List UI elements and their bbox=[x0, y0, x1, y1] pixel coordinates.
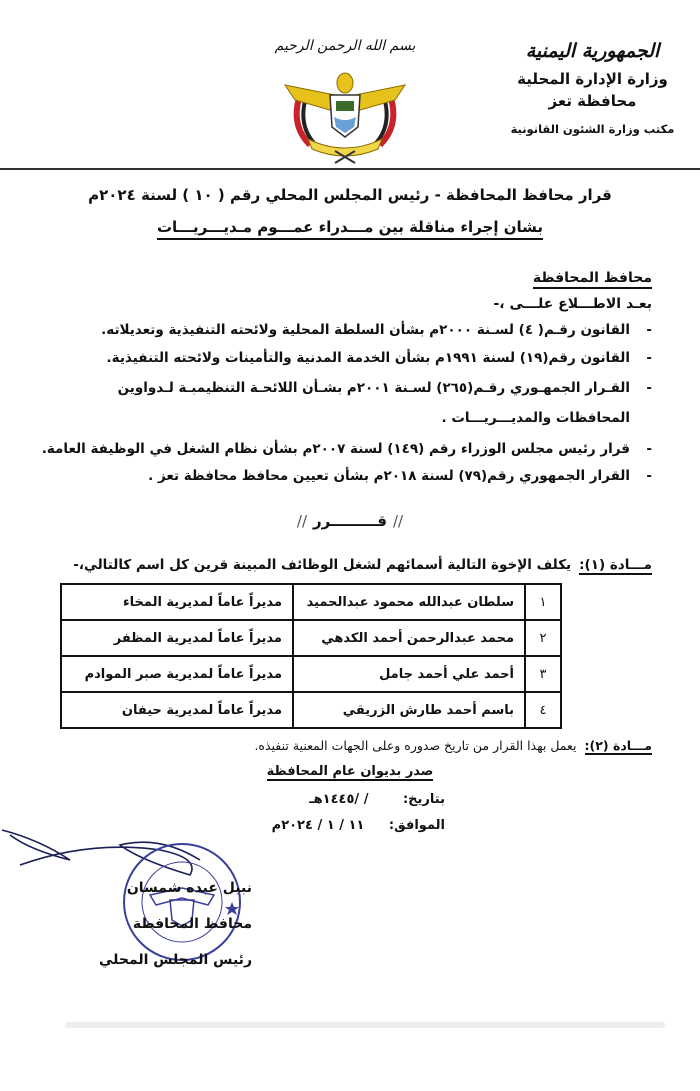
preamble-item: -القرار الجمهوري رقم(٧٩) لسنة ٢٠١٨م بشأن… bbox=[148, 468, 652, 484]
bullet-dash: - bbox=[630, 380, 652, 396]
article-text: يكلف الإخوة التالية أسمائهم لشغل الوظائف… bbox=[73, 557, 571, 573]
signature-block: نبيل عبده شمسان محافظ المحافظة رئيس المج… bbox=[12, 870, 252, 978]
hijri-date: بتاريخ: / /١٤٤٥هـ bbox=[309, 792, 445, 807]
employee-name: سلطان عبدالله محمود عبدالحميد bbox=[293, 584, 525, 620]
country-name: الجمهورية اليمنية bbox=[505, 40, 680, 62]
position: مديراً عاماً لمديرية صبر الموادم bbox=[61, 656, 293, 692]
employee-name: باسم أحمد طارش الزريقي bbox=[293, 692, 525, 728]
employee-name: محمد عبدالرحمن أحمد الكدهي bbox=[293, 620, 525, 656]
scroll-indicator bbox=[65, 1022, 665, 1028]
basmala-text: بسم الله الرحمن الرحيم bbox=[270, 38, 420, 54]
date-label: بتاريخ: bbox=[403, 792, 445, 807]
preamble-item-text: القـرار الجمهـوري رقـم(٢٦٥) لسـنة ٢٠٠١م … bbox=[118, 380, 630, 396]
preamble-item: -قرار رئيس مجلس الوزراء رقم (١٤٩) لسنة ٢… bbox=[42, 441, 652, 457]
position: مديراً عاماً لمديرية حيفان bbox=[61, 692, 293, 728]
table-row: ٢ محمد عبدالرحمن أحمد الكدهي مديراً عاما… bbox=[61, 620, 561, 656]
bullet-dash: - bbox=[630, 322, 652, 338]
preamble-item-text: القرار الجمهوري رقم(٧٩) لسنة ٢٠١٨م بشأن … bbox=[148, 468, 630, 484]
issued-at-text: صدر بديوان عام المحافظة bbox=[267, 764, 434, 781]
row-number: ٢ bbox=[525, 620, 561, 656]
preamble-item: -القـرار الجمهـوري رقـم(٢٦٥) لسـنة ٢٠٠١م… bbox=[118, 380, 652, 396]
decides-word: قـــــــــرر bbox=[313, 512, 387, 530]
preamble-item-continuation: المحافظات والمديـــريـــات . bbox=[442, 410, 653, 426]
preamble-item-text: القانون رقم(١٩) لسنة ١٩٩١م بشأن الخدمة ا… bbox=[107, 350, 630, 366]
bullet-dash: - bbox=[630, 441, 652, 457]
decree-title: قرار محافظ المحافظة - رئيس المجلس المحلي… bbox=[60, 186, 640, 204]
preamble-item-text: قرار رئيس مجلس الوزراء رقم (١٤٩) لسنة ٢٠… bbox=[42, 441, 630, 457]
signatory-title: رئيس المجلس المحلي bbox=[12, 942, 252, 978]
section-heading: محافظ المحافظة bbox=[533, 270, 652, 289]
decides-heading: //قـــــــــرر// bbox=[200, 512, 500, 530]
preamble-item-text: المحافظات والمديـــريـــات . bbox=[442, 410, 631, 426]
position: مديراً عاماً لمديرية المخاء bbox=[61, 584, 293, 620]
signatory-title: محافظ المحافظة bbox=[12, 906, 252, 942]
date-value: ١١ / ١ / ٢٠٢٤م bbox=[272, 818, 365, 833]
preamble-item: -القانون رقم(١٩) لسنة ١٩٩١م بشأن الخدمة … bbox=[107, 350, 652, 366]
bullet-dash: - bbox=[630, 468, 652, 484]
employee-name: أحمد علي أحمد جامل bbox=[293, 656, 525, 692]
table-row: ٣ أحمد علي أحمد جامل مديراً عاماً لمديري… bbox=[61, 656, 561, 692]
slash-mark: // bbox=[297, 512, 307, 530]
position: مديراً عاماً لمديرية المظفر bbox=[61, 620, 293, 656]
decree-subject-text: بشان إجراء مناقلة بين مـــدراء عمـــوم م… bbox=[157, 218, 543, 240]
slash-mark: // bbox=[393, 512, 403, 530]
governorate-name: محافظة تعز bbox=[505, 90, 680, 112]
table-row: ٤ باسم أحمد طارش الزريقي مديراً عاماً لم… bbox=[61, 692, 561, 728]
issued-at: صدر بديوان عام المحافظة bbox=[200, 764, 500, 779]
letterhead: الجمهورية اليمنية وزارة الإدارة المحلية … bbox=[505, 40, 680, 136]
ministry-name: وزارة الإدارة المحلية bbox=[505, 68, 680, 90]
date-label: الموافق: bbox=[389, 818, 445, 833]
article-text: يعمل بهذا القرار من تاريخ صدوره وعلى الج… bbox=[254, 738, 576, 753]
gregorian-date: الموافق: ١١ / ١ / ٢٠٢٤م bbox=[272, 818, 445, 833]
row-number: ١ bbox=[525, 584, 561, 620]
emblem-icon bbox=[280, 65, 410, 165]
article-label: مـــادة (١): bbox=[579, 557, 652, 575]
assignment-table: ١ سلطان عبدالله محمود عبدالحميد مديراً ع… bbox=[60, 583, 562, 729]
article-2: مـــادة (٢):يعمل بهذا القرار من تاريخ صد… bbox=[254, 738, 652, 753]
signatory-name: نبيل عبده شمسان bbox=[12, 870, 252, 906]
date-value: / /١٤٤٥هـ bbox=[309, 792, 368, 807]
office-name: مكتب وزارة الشئون القانونية bbox=[505, 122, 680, 136]
header-divider bbox=[0, 168, 700, 170]
preamble-item: -القانون رقـم( ٤) لسـنة ٢٠٠٠م بشأن السلط… bbox=[101, 322, 652, 338]
row-number: ٤ bbox=[525, 692, 561, 728]
bullet-dash: - bbox=[630, 350, 652, 366]
row-number: ٣ bbox=[525, 656, 561, 692]
table-row: ١ سلطان عبدالله محمود عبدالحميد مديراً ع… bbox=[61, 584, 561, 620]
article-1: مـــادة (١):يكلف الإخوة التالية أسمائهم … bbox=[73, 557, 652, 573]
decree-subject: بشان إجراء مناقلة بين مـــدراء عمـــوم م… bbox=[60, 218, 640, 236]
article-label: مـــادة (٢): bbox=[585, 738, 652, 755]
after-review-label: بعـد الاطـــلاع علـــى ،- bbox=[493, 296, 652, 312]
preamble-item-text: القانون رقـم( ٤) لسـنة ٢٠٠٠م بشأن السلطة… bbox=[101, 322, 630, 338]
basmala: بسم الله الرحمن الرحيم bbox=[270, 38, 420, 54]
